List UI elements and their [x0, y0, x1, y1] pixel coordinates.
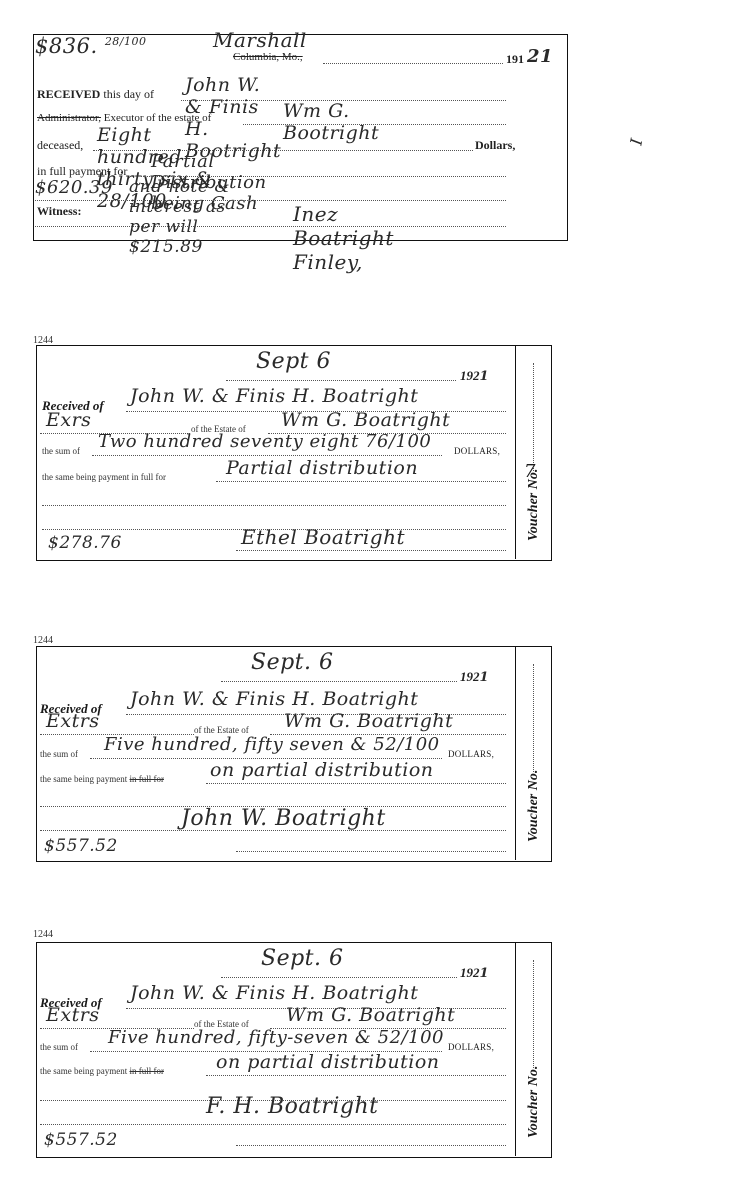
payment-for-handwritten: on partial distribution — [216, 1051, 440, 1073]
payment-label-struck: in full for — [129, 774, 164, 784]
date-handwritten: Sept. 6 — [261, 946, 344, 971]
payment-label-text: the same being payment — [40, 774, 127, 784]
sum-label: the sum of — [40, 1042, 78, 1052]
dollars-label: DOLLARS, — [454, 446, 500, 456]
voucher-label: Voucher No. — [526, 770, 542, 842]
received-line-label: RECEIVED this day of — [37, 87, 154, 102]
year: 1921 — [460, 368, 489, 384]
witness-line — [35, 226, 506, 227]
year-handwritten: 1 — [480, 670, 490, 685]
receipt-3: Sept. 6 1921 Received of John W. & Finis… — [36, 646, 552, 862]
form-number: 1244 — [33, 635, 53, 646]
signature: John W. Boatright — [181, 806, 386, 831]
year: 1921 — [460, 965, 489, 981]
year-handwritten: 1 — [480, 966, 490, 981]
receipt-4: Sept. 6 1921 Received of John W. & Finis… — [36, 942, 552, 1158]
amount: $278.76 — [48, 533, 122, 553]
voucher-stub: 7 Voucher No. — [515, 345, 552, 559]
payer-handwritten: John W. & Finis H. Boatright — [130, 982, 418, 1004]
amount-underline — [236, 1145, 506, 1146]
role-line-label: Administrator, Executor of the estate of — [37, 112, 211, 124]
amount: $557.52 — [44, 836, 118, 856]
deceased-label: deceased, — [37, 138, 83, 153]
estate-handwritten: Wm G. Boatright — [281, 409, 450, 431]
corner-amount-dollars: $836. — [35, 34, 98, 58]
amount-words-line — [92, 455, 442, 456]
payment-for-line — [206, 783, 506, 784]
date-line — [323, 63, 503, 64]
voucher-stub: Voucher No. — [515, 942, 552, 1156]
corner-amount-cents: 28/100 — [105, 35, 147, 48]
payment-for-handwritten: Partial distribution — [226, 457, 418, 479]
voucher-number-line — [533, 664, 534, 772]
role-label: Executor of the estate of — [104, 112, 212, 124]
extra-line — [35, 200, 506, 201]
payer-handwritten: John W. & Finis H. Boatright — [130, 688, 418, 710]
payment-label: the same being payment in full for — [40, 774, 164, 784]
payment-label-text: the same being payment — [40, 1066, 127, 1076]
dollars-label: DOLLARS, — [448, 1042, 494, 1052]
payer-handwritten: John W. & Finis H. Boatright — [130, 385, 418, 407]
receipt-1: $836. 28/100 Marshall Columbia, Mo., 191… — [33, 34, 233, 240]
voucher-stub: Voucher No. — [515, 646, 552, 860]
corner-amount: $836. 28/100 — [35, 34, 147, 58]
extra-amount: $620.39 — [35, 177, 113, 198]
receipt-2: Sept 6 1921 Received of John W. & Finis … — [36, 345, 552, 561]
form-number: 1244 — [33, 929, 53, 940]
voucher-label: Voucher No. — [526, 1066, 542, 1138]
estate-handwritten: Wm G. Boatright — [286, 1004, 455, 1026]
role-handwritten: Extrs — [46, 710, 100, 732]
role-handwritten: Exrs — [46, 409, 91, 431]
date-line — [221, 977, 457, 978]
amount-underline — [236, 851, 506, 852]
signature: Inez Boatright Finley, — [293, 202, 394, 274]
year-handwritten: 1 — [480, 369, 490, 384]
payment-for-handwritten: on partial distribution — [210, 759, 434, 781]
signature-underline — [236, 550, 506, 551]
estate-handwritten: Wm G. Boatright — [284, 710, 453, 732]
payment-label-struck: in full for — [129, 1066, 164, 1076]
role-label-struck: Administrator, — [37, 112, 101, 124]
year-printed: 192 — [460, 965, 480, 980]
role-handwritten: Extrs — [46, 1004, 100, 1026]
payment-label: the same being payment in full for — [42, 472, 166, 482]
date-line — [226, 380, 456, 381]
sum-label: the sum of — [40, 749, 78, 759]
amount-words-handwritten: Five hundred, fifty-seven & 52/100 — [108, 1027, 444, 1048]
estate-handwritten: Wm G. Bootright — [283, 100, 379, 144]
year-printed: 192 — [460, 368, 480, 383]
margin-note: I — [626, 136, 646, 146]
amount-words-handwritten: Two hundred seventy eight 76/100 — [98, 431, 431, 452]
payment-label: the same being payment in full for — [40, 1066, 164, 1076]
year-printed: 191 — [506, 52, 524, 67]
dollars-label: DOLLARS, — [448, 749, 494, 759]
date-handwritten: Sept 6 — [256, 349, 331, 374]
place-printed: Columbia, Mo., — [233, 51, 303, 63]
extra-text: and note & interest as per will $215.89 — [129, 177, 233, 257]
year-printed: 192 — [460, 669, 480, 684]
year: 1921 — [460, 669, 489, 685]
year-handwritten: 21 — [527, 46, 553, 67]
voucher-label: Voucher No. — [526, 469, 542, 541]
received-text: this day of — [103, 87, 154, 101]
witness-label: Witness: — [37, 204, 81, 219]
amount-words-handwritten: Five hundred, fifty seven & 52/100 — [104, 734, 440, 755]
signature: F. H. Boatright — [206, 1094, 379, 1119]
voucher-number-line — [533, 363, 534, 471]
amount: $557.52 — [44, 1130, 118, 1150]
voucher-number-line — [533, 960, 534, 1068]
place-handwritten: Marshall — [213, 28, 307, 52]
signature-line — [40, 1124, 506, 1125]
blank-line — [42, 505, 506, 506]
payment-for-line — [206, 1075, 506, 1076]
received-label: RECEIVED — [37, 87, 100, 101]
signature: Ethel Boatright — [241, 525, 405, 549]
dollars-label: Dollars, — [475, 138, 515, 153]
sum-label: the sum of — [42, 446, 80, 456]
payment-for-line — [216, 481, 506, 482]
date-line — [221, 681, 457, 682]
date-handwritten: Sept. 6 — [251, 650, 334, 675]
